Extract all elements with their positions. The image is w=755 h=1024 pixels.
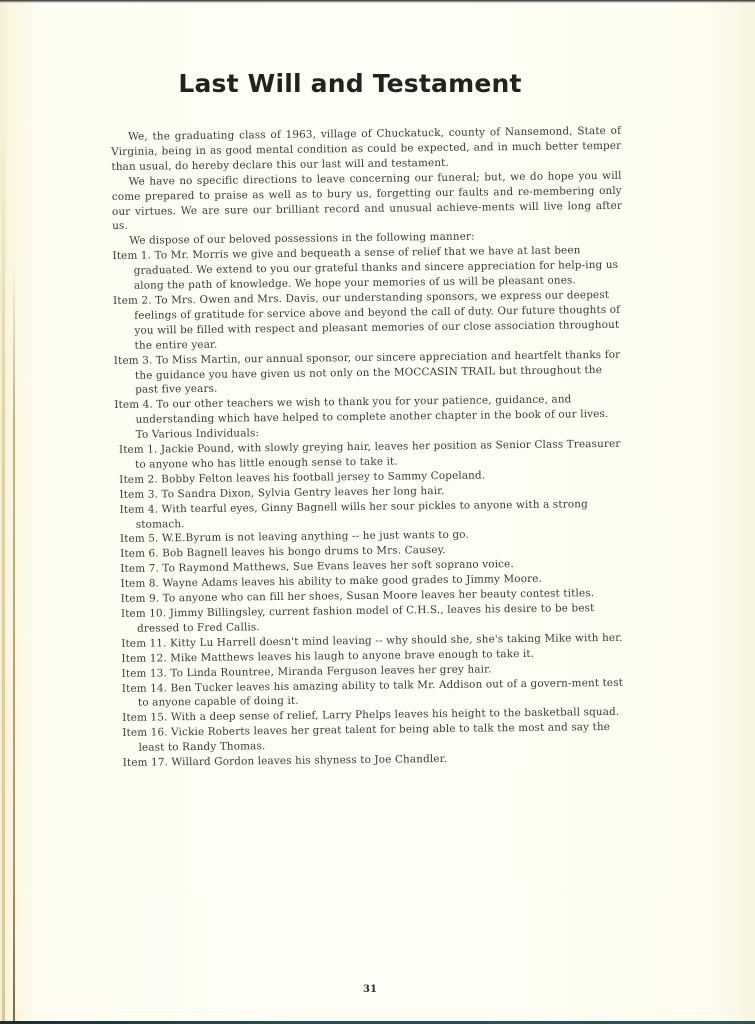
- will-body: We, the graduating class of 1963, villag…: [111, 124, 629, 771]
- individual-items: Item 1. Jackie Pound, with slowly greyin…: [115, 437, 629, 771]
- teacher-item: Item 2. To Mrs. Owen and Mrs. Davis, our…: [113, 288, 624, 354]
- page-number: 31: [0, 984, 740, 995]
- top-edge-shadow: [0, 0, 755, 3]
- intro-paragraph: We have no specific directions to leave …: [112, 168, 623, 234]
- teacher-item: Item 3. To Miss Martin, our annual spons…: [114, 347, 625, 398]
- intro-paragraph: We, the graduating class of 1963, villag…: [111, 124, 622, 175]
- teacher-items: Item 1. To Mr. Morris we give and bequea…: [112, 243, 624, 428]
- scanned-page: Last Will and Testament We, the graduati…: [0, 0, 755, 1024]
- binding-crease: [13, 260, 15, 1024]
- page-title: Last Will and Testament: [0, 69, 700, 98]
- binding-edge: [2, 120, 5, 1024]
- teacher-item: Item 4. To our other teachers we wish to…: [114, 392, 624, 428]
- teacher-item: Item 1. To Mr. Morris we give and bequea…: [112, 243, 623, 294]
